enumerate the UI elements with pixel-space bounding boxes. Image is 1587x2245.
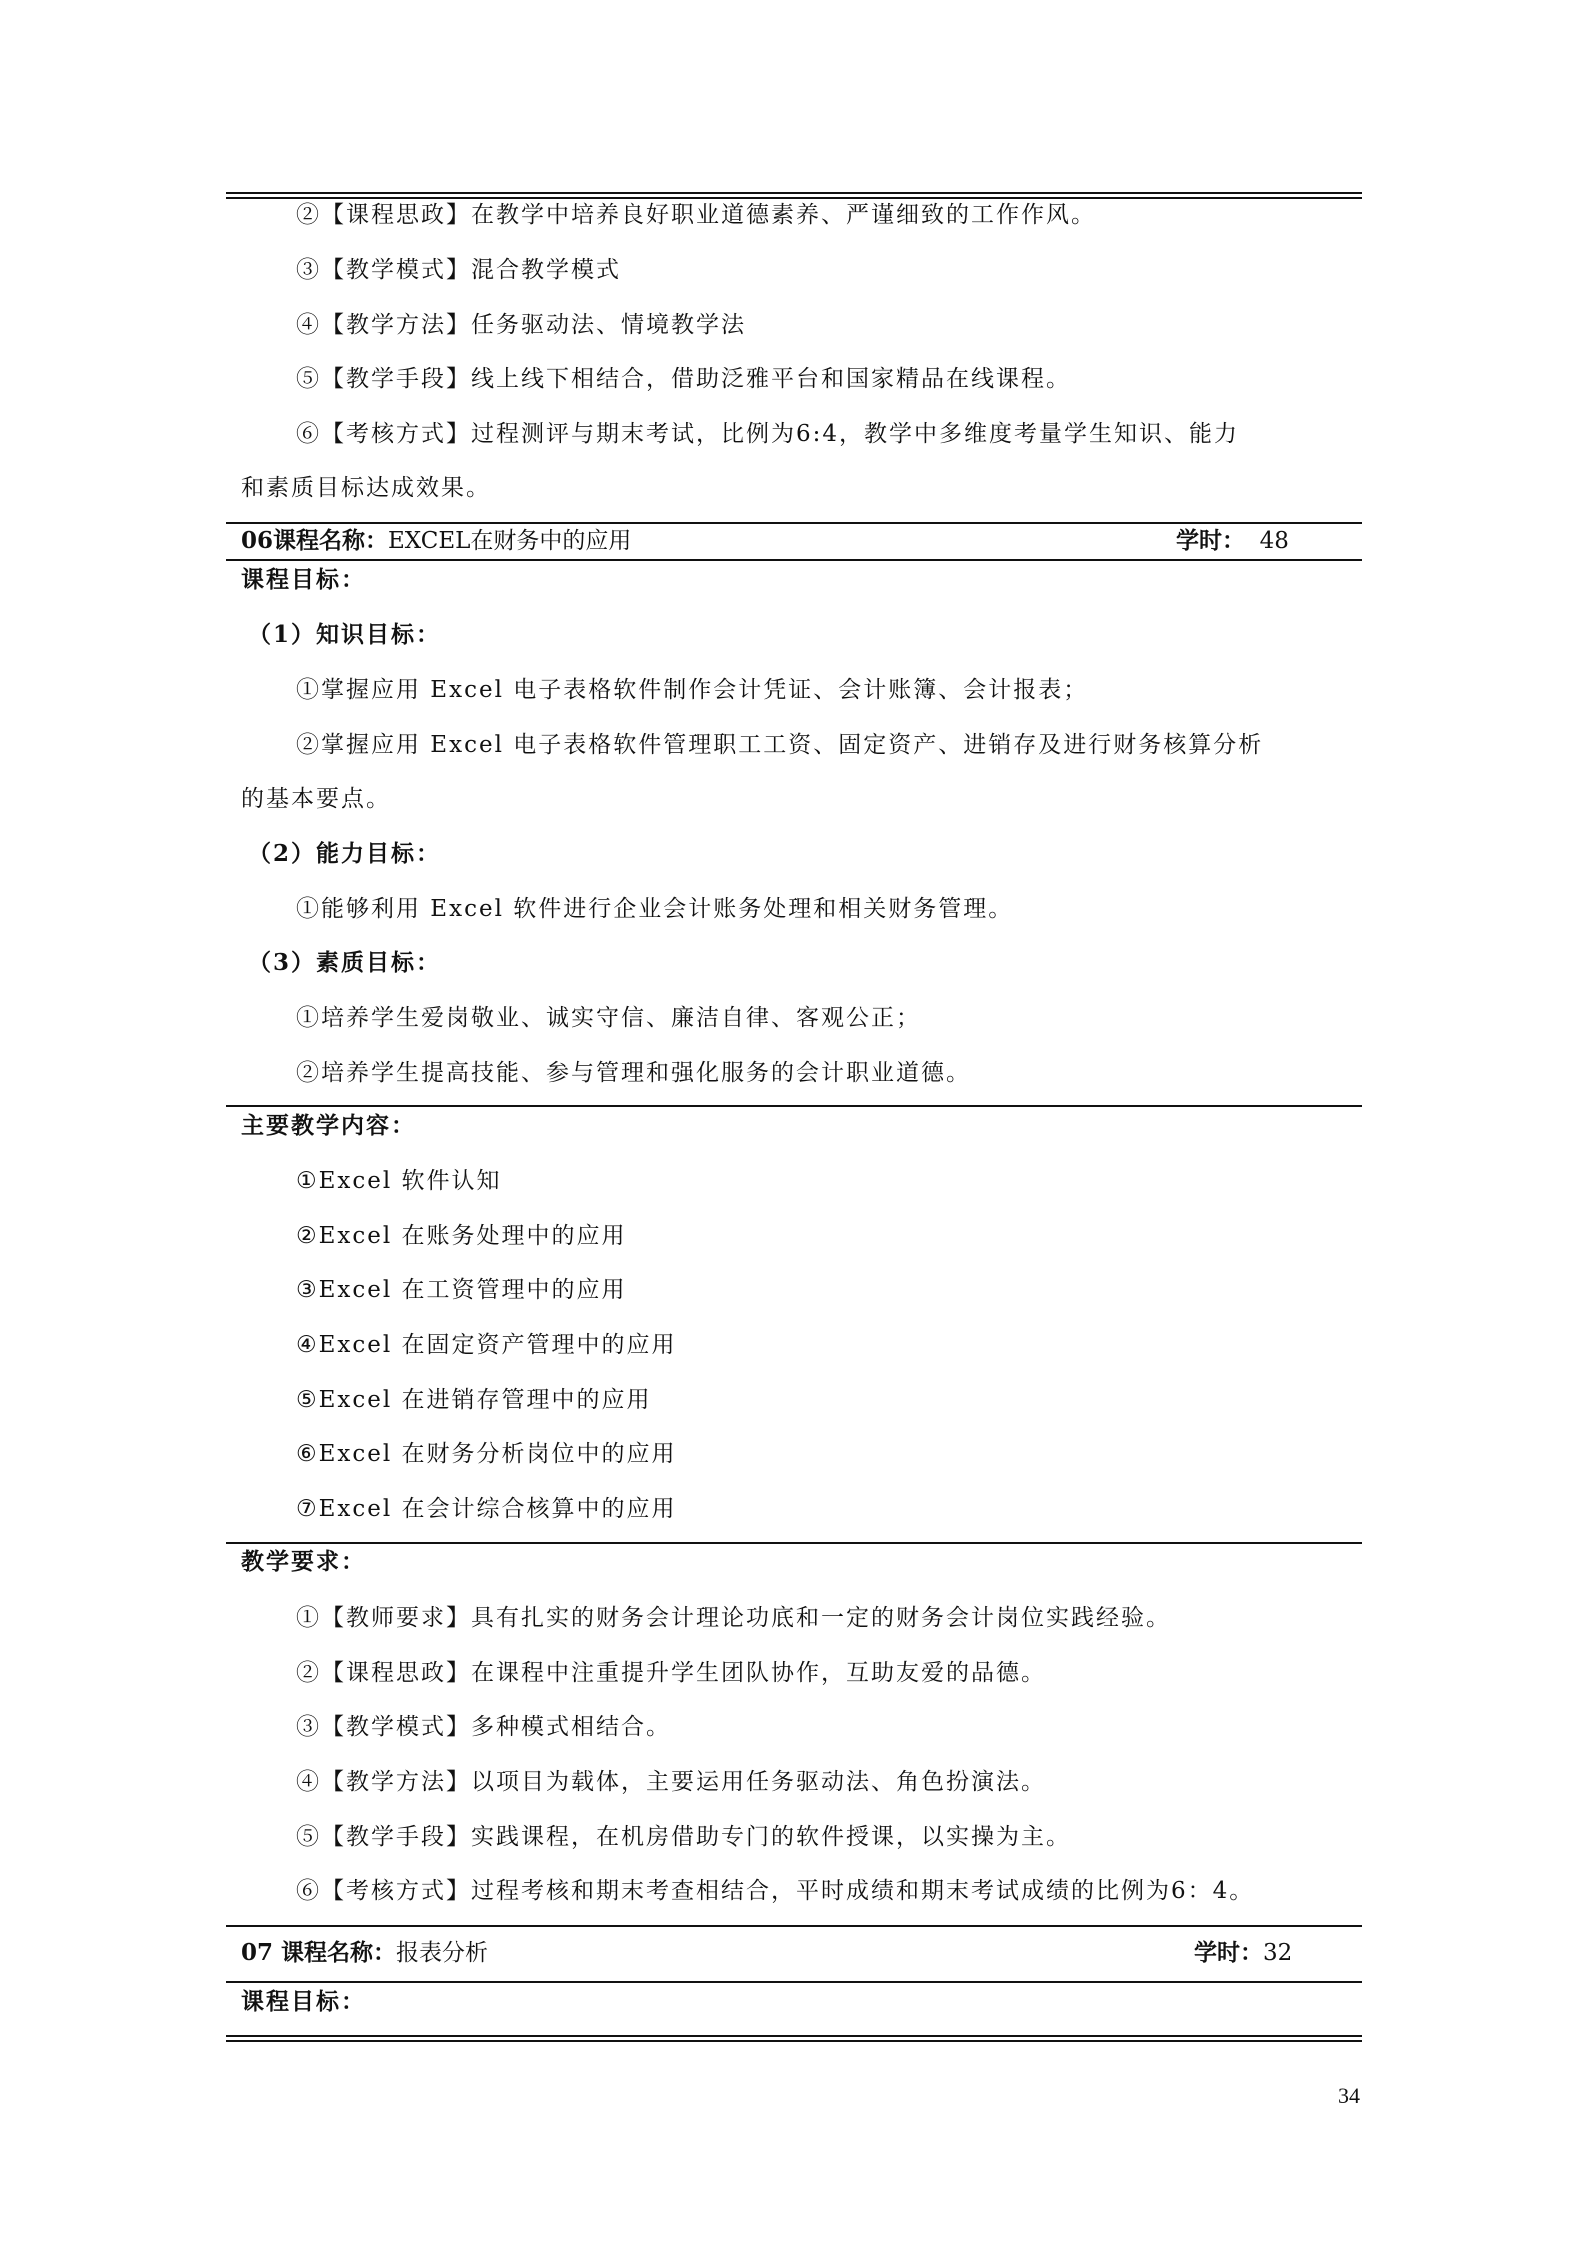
hours-label: 学时： [1176,527,1245,554]
content-item: ①Excel 软件认知 [296,1166,502,1196]
hours-value: 48 [1260,528,1289,554]
req-prev-3: ③【教学模式】混合教学模式 [296,255,621,285]
req-prev-4: ④【教学方法】任务驱动法、情境教学法 [296,310,746,340]
content-item: ⑤Excel 在进销存管理中的应用 [296,1385,652,1415]
requirement-item: ⑤【教学手段】实践课程，在机房借助专门的软件授课，以实操为主。 [296,1822,1071,1852]
course-name-label: 07 课程名称： [241,1939,396,1966]
requirement-item: ⑥【考核方式】过程考核和期末考查相结合，平时成绩和期末考试成绩的比例为6：4。 [296,1876,1254,1906]
document-page: ②【课程思政】在教学中培养良好职业道德素养、严谨细致的工作作风。 ③【教学模式】… [0,0,1587,2245]
objectives-heading: 课程目标： [241,1987,366,2017]
content-item: ④Excel 在固定资产管理中的应用 [296,1330,677,1360]
item-marker: ③ [296,257,321,283]
item-marker: ④ [296,312,321,338]
content-item: ⑦Excel 在会计综合核算中的应用 [296,1494,677,1524]
course07-header: 07 课程名称：报表分析 学时：32 [241,1938,1341,1968]
course-name: 报表分析 [396,1940,488,1966]
quality-item: ②培养学生提高技能、参与管理和强化服务的会计职业道德。 [296,1058,971,1088]
quality-item: ①培养学生爱岗敬业、诚实守信、廉洁自律、客观公正； [296,1003,921,1033]
hours-value: 32 [1263,1940,1292,1966]
hours-label: 学时： [1194,1939,1263,1966]
course06-header: 06课程名称：EXCEL在财务中的应用 学时： 48 [241,526,1341,556]
knowledge-item: ①掌握应用 Excel 电子表格软件制作会计凭证、会计账簿、会计报表； [296,675,1088,705]
content-item: ②Excel 在账务处理中的应用 [296,1221,627,1251]
item-marker: ② [296,202,321,228]
content-item: ⑥Excel 在财务分析岗位中的应用 [296,1439,677,1469]
item-marker: ⑤ [296,366,321,392]
item-text: 混合教学模式 [471,257,621,283]
quality-heading: （3）素质目标： [248,948,441,978]
item-text: 任务驱动法、情境教学法 [471,312,746,338]
requirement-item: ①【教师要求】具有扎实的财务会计理论功底和一定的财务会计岗位实践经验。 [296,1603,1171,1633]
item-tag: 【教学手段】 [321,366,471,392]
item-marker: ⑥ [296,421,321,447]
table-top-double-rule [226,192,1362,199]
rule [226,522,1362,524]
course-name-label: 06课程名称： [241,527,388,554]
page-number: 34 [1338,2083,1360,2109]
item-tag: 【教学方法】 [321,312,471,338]
ability-item: ①能够利用 Excel 软件进行企业会计账务处理和相关财务管理。 [296,894,1013,924]
req-prev-5: ⑤【教学手段】线上线下相结合，借助泛雅平台和国家精品在线课程。 [296,364,1071,394]
content-item: ③Excel 在工资管理中的应用 [296,1275,627,1305]
item-text: 在教学中培养良好职业道德素养、严谨细致的工作作风。 [471,202,1096,228]
item-tag: 【考核方式】 [321,421,471,447]
requirement-item: ③【教学模式】多种模式相结合。 [296,1712,671,1742]
rule [226,1542,1362,1544]
item-tag: 【教学模式】 [321,257,471,283]
knowledge-item: ②掌握应用 Excel 电子表格软件管理职工工资、固定资产、进销存及进行财务核算… [296,730,1263,760]
item-tag: 【课程思政】 [321,202,471,228]
req-prev-6: ⑥【考核方式】过程测评与期末考试，比例为6:4，教学中多维度考量学生知识、能力 [296,419,1239,449]
content-heading: 主要教学内容： [241,1111,416,1141]
item-text: 线上线下相结合，借助泛雅平台和国家精品在线课程。 [471,366,1071,392]
table-bottom-double-rule [226,2035,1362,2042]
course-hours: 学时： 48 [1176,526,1289,556]
course-hours: 学时：32 [1194,1938,1292,1968]
knowledge-continuation: 的基本要点。 [241,784,391,814]
rule [226,1105,1362,1107]
rule [226,1981,1362,1983]
req-prev-6-continuation: 和素质目标达成效果。 [241,473,491,503]
knowledge-heading: （1）知识目标： [248,620,441,650]
req-prev-2: ②【课程思政】在教学中培养良好职业道德素养、严谨细致的工作作风。 [296,200,1096,230]
course-name: EXCEL在财务中的应用 [388,528,631,554]
requirement-item: ②【课程思政】在课程中注重提升学生团队协作，互助友爱的品德。 [296,1658,1046,1688]
ability-heading: （2）能力目标： [248,839,441,869]
requirement-item: ④【教学方法】以项目为载体，主要运用任务驱动法、角色扮演法。 [296,1767,1046,1797]
rule [226,1925,1362,1927]
requirements-heading: 教学要求： [241,1547,366,1577]
item-text: 过程测评与期末考试，比例为6:4，教学中多维度考量学生知识、能力 [471,421,1239,447]
rule [226,559,1362,561]
objectives-heading: 课程目标： [241,565,366,595]
